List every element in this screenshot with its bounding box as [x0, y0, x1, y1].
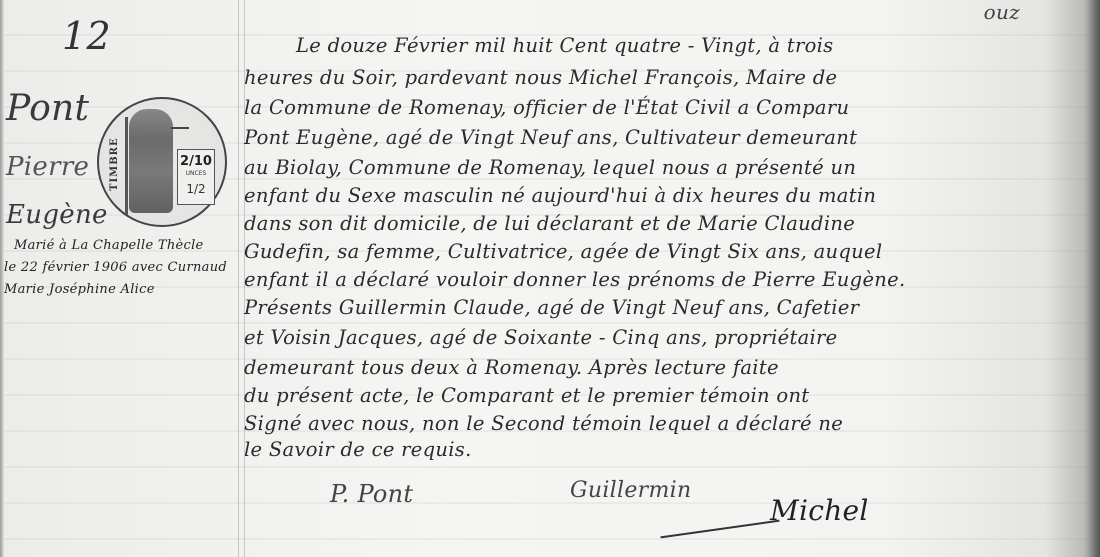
body-line: Présents Guillermin Claude, agé de Vingt…: [244, 296, 859, 319]
body-line: demeurant tous deux à Romenay. Après lec…: [244, 356, 779, 379]
margin-marriage-note: Marié à La Chapelle Thècle: [14, 238, 204, 253]
stamp-unit: UNCES: [178, 170, 214, 177]
signature-declarant: P. Pont: [330, 480, 413, 508]
margin-surname: Pont: [6, 88, 89, 129]
margin-marriage-note: Marie Joséphine Alice: [4, 282, 155, 297]
body-line: heures du Soir, pardevant nous Michel Fr…: [244, 66, 837, 89]
signature-flourish: [660, 520, 779, 539]
body-line: la Commune de Romenay, officier de l'Éta…: [244, 96, 849, 119]
stamp-staff-icon: [125, 117, 128, 215]
body-line: le Savoir de ce requis.: [244, 438, 472, 461]
margin-rule-line: [238, 0, 239, 557]
justice-figure-icon: [129, 109, 173, 213]
body-line: au Biolay, Commune de Romenay, lequel no…: [244, 156, 856, 179]
stamp-sub-value: 1/2: [178, 182, 214, 196]
signature-mayor: Michel: [770, 494, 869, 527]
page-left-edge: [0, 0, 4, 557]
body-line: Signé avec nous, non le Second témoin le…: [244, 412, 843, 435]
body-line: et Voisin Jacques, agé de Soixante - Cin…: [244, 326, 838, 349]
body-line: enfant il a déclaré vouloir donner les p…: [244, 268, 905, 291]
binding-gutter-shadow: [1084, 0, 1100, 557]
margin-marriage-note: le 22 février 1906 avec Curnaud: [4, 260, 227, 275]
signature-witness: Guillermin: [570, 478, 691, 503]
body-line: Le douze Février mil huit Cent quatre - …: [296, 34, 834, 57]
margin-given-name: Pierre: [6, 152, 89, 182]
entry-number: 12: [62, 14, 111, 58]
stamp-value: 2/10: [178, 154, 214, 169]
revenue-stamp: TIMBRE 2/10 UNCES 1/2: [97, 97, 227, 227]
stamp-label: TIMBRE: [109, 137, 120, 191]
body-line: du présent acte, le Comparant et le prem…: [244, 384, 809, 407]
margin-given-name: Eugène: [6, 200, 108, 230]
register-page: 12 ouz Pont Pierre Eugène Marié à La Cha…: [0, 0, 1100, 557]
corner-annotation: ouz: [984, 0, 1020, 24]
body-line: enfant du Sexe masculin né aujourd'hui à…: [244, 184, 876, 207]
scales-icon: [171, 117, 189, 129]
body-line: dans son dit domicile, de lui déclarant …: [244, 212, 855, 235]
body-line: Pont Eugène, agé de Vingt Neuf ans, Cult…: [244, 126, 857, 149]
stamp-value-box: 2/10 UNCES 1/2: [177, 149, 215, 205]
body-line: Gudefin, sa femme, Cultivatrice, agée de…: [244, 240, 882, 263]
